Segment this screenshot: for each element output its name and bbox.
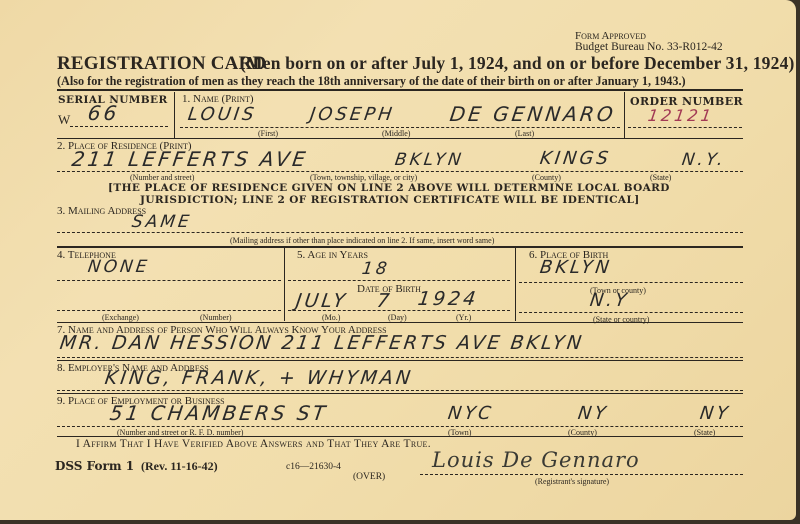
birthplace-underline-2 bbox=[519, 312, 743, 313]
signature-caption: (Registrant's signature) bbox=[535, 477, 609, 486]
form-revision: (Rev. 11-16-42) bbox=[141, 459, 218, 474]
dob-day: 7 bbox=[375, 290, 393, 312]
affirmation-text: I Affirm That I Have Verified Above Answ… bbox=[76, 438, 431, 450]
employment-county: NY bbox=[577, 403, 610, 424]
exchange-caption: (Exchange) bbox=[102, 313, 139, 322]
employment-underline bbox=[57, 426, 743, 427]
number-caption: (Number) bbox=[200, 313, 232, 322]
signature-underline bbox=[420, 474, 743, 475]
age-label: 5. Age in Years bbox=[297, 249, 368, 261]
print-code: c16—21630-4 bbox=[286, 462, 341, 472]
first-caption: (First) bbox=[258, 129, 278, 138]
mailing-underline bbox=[57, 232, 743, 233]
divider bbox=[57, 246, 743, 248]
over-note: (OVER) bbox=[353, 472, 385, 482]
title-note: (Men born on or after July 1, 1924, and … bbox=[240, 53, 795, 74]
town-caption: (Town, township, village, or city) bbox=[310, 173, 417, 182]
residence-notice-2: JURISDICTION; LINE 2 OF REGISTRATION CER… bbox=[140, 194, 640, 206]
employer-value: KING, FRANK, + WHYMAN bbox=[103, 367, 414, 389]
divider bbox=[57, 89, 743, 91]
divider bbox=[57, 360, 743, 361]
street-caption: (Number and street) bbox=[130, 173, 194, 182]
order-number-value: 12121 bbox=[647, 106, 716, 125]
birthplace-underline bbox=[519, 282, 743, 283]
last-name-value: DE GENNARO bbox=[448, 102, 617, 126]
form-number: DSS Form 1 bbox=[55, 459, 134, 473]
employment-town: NYC bbox=[447, 403, 496, 424]
residence-state: N.Y. bbox=[681, 150, 728, 170]
age-value: 18 bbox=[361, 259, 391, 279]
registrant-signature: Louis De Gennaro bbox=[432, 448, 640, 472]
telephone-underline bbox=[57, 280, 281, 281]
last-caption: (Last) bbox=[515, 129, 534, 138]
mailing-value: SAME bbox=[131, 212, 194, 232]
serial-prefix: W bbox=[58, 112, 70, 128]
mailing-caption: (Mailing address if other than place ind… bbox=[230, 236, 494, 245]
name-underline bbox=[180, 127, 620, 128]
contact-value: MR. DAN HESSION 211 LEFFERTS AVE BKLYN bbox=[58, 332, 585, 354]
employer-underline bbox=[57, 390, 743, 391]
first-name-value: LOUIS bbox=[187, 104, 259, 125]
contact-underline bbox=[57, 357, 743, 358]
age-underline bbox=[288, 280, 510, 281]
birthplace-state: N.Y bbox=[589, 290, 631, 311]
yr-caption: (Yr.) bbox=[456, 313, 471, 322]
dob-month: JULY bbox=[294, 290, 349, 312]
order-underline bbox=[628, 127, 742, 128]
card-title: REGISTRATION CARD bbox=[57, 53, 266, 75]
birthplace-town: BKLYN bbox=[539, 257, 614, 278]
residence-notice-1: [THE PLACE OF RESIDENCE GIVEN ON LINE 2 … bbox=[108, 182, 670, 194]
divider bbox=[57, 138, 743, 139]
serial-underline bbox=[70, 126, 168, 127]
state-caption: (State) bbox=[650, 173, 671, 182]
employment-street: 51 CHAMBERS ST bbox=[108, 401, 329, 425]
divider bbox=[57, 322, 743, 323]
divider bbox=[57, 436, 743, 437]
dob-underline bbox=[288, 310, 510, 311]
residence-town: BKLYN bbox=[394, 150, 466, 170]
residence-county: KINGS bbox=[539, 148, 613, 169]
registration-card: Form Approved Budget Bureau No. 33-R012-… bbox=[0, 0, 796, 520]
employment-state: NY bbox=[699, 403, 732, 424]
divider bbox=[57, 393, 743, 394]
residence-street: 211 LEFFERTS AVE bbox=[70, 147, 309, 171]
subtitle: (Also for the registration of men as the… bbox=[57, 74, 686, 89]
divider bbox=[284, 246, 285, 321]
divider bbox=[624, 92, 625, 138]
residence-underline bbox=[57, 171, 743, 172]
middle-name-value: JOSEPH bbox=[309, 104, 397, 125]
county-caption: (County) bbox=[532, 173, 561, 182]
budget-bureau-number: Budget Bureau No. 33-R012-42 bbox=[575, 41, 723, 53]
telephone-value: NONE bbox=[87, 257, 151, 277]
telephone-underline-2 bbox=[57, 310, 281, 311]
serial-number-value: 66 bbox=[86, 101, 121, 125]
day-caption: (Day) bbox=[388, 313, 407, 322]
divider bbox=[174, 92, 175, 138]
dob-year: 1924 bbox=[416, 288, 479, 310]
divider bbox=[515, 246, 516, 321]
middle-caption: (Middle) bbox=[382, 129, 410, 138]
mo-caption: (Mo.) bbox=[322, 313, 340, 322]
